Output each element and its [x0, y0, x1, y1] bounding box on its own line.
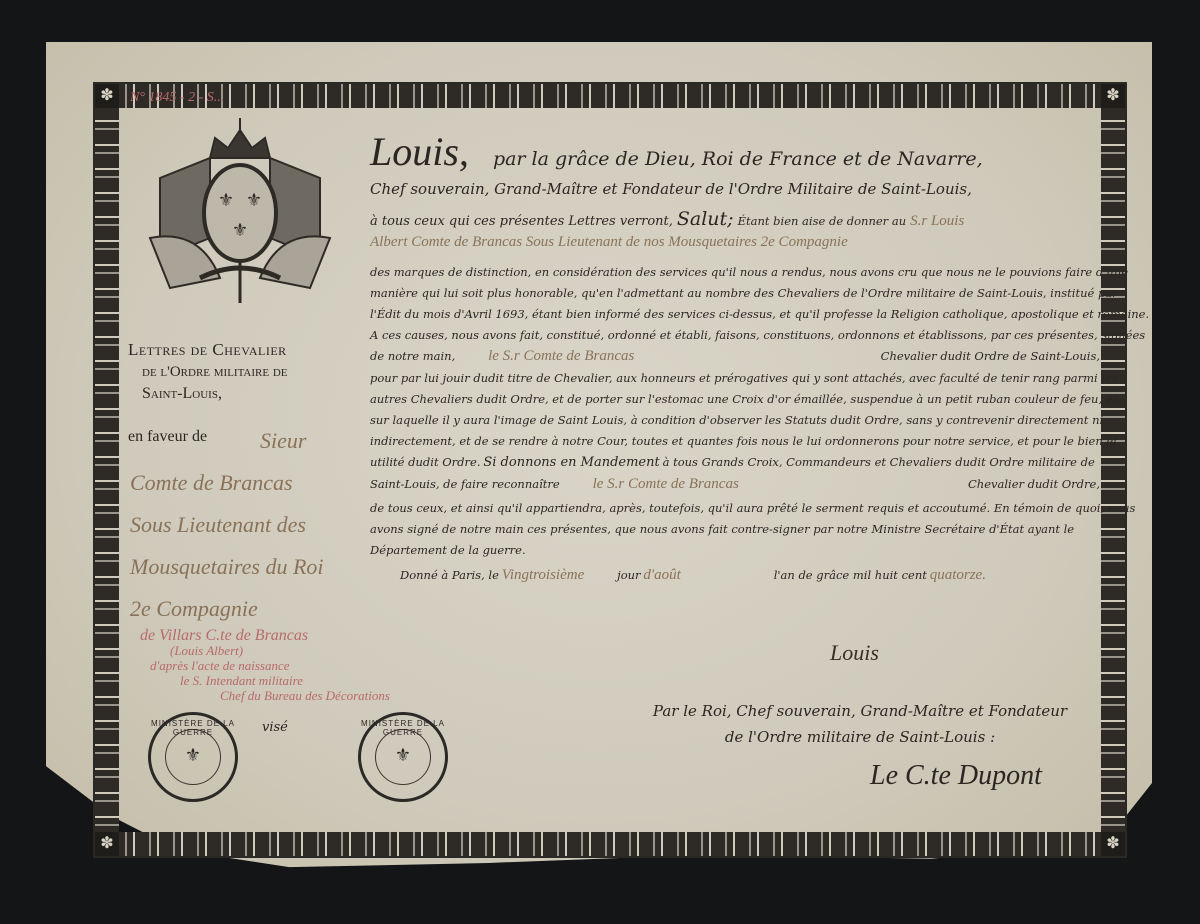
body-line: Saint-Louis, de faire reconnaître [370, 477, 560, 491]
title-line-3: Saint-Louis, [142, 385, 368, 403]
body-line: Donné à Paris, le [400, 568, 499, 582]
beneficiary-line: 2e Compagnie [130, 588, 370, 630]
body-line: A ces causes, nous avons fait, constitué… [370, 325, 1100, 346]
border-top [95, 84, 1125, 108]
body-line: Chef souverain, Grand-Maître et Fondateu… [370, 180, 1100, 208]
border-bottom [95, 832, 1125, 856]
body-line: par la grâce de Dieu, Roi de France et d… [493, 148, 983, 170]
body-line: sur laquelle il y aura l'image de Saint … [370, 410, 1100, 431]
salut: Salut; [677, 208, 734, 230]
body-line: indirectement, et de se rendre à notre C… [370, 431, 1100, 452]
svg-text:⚜: ⚜ [218, 190, 234, 211]
king-name: Louis, [370, 129, 469, 174]
annotation-line: le S. Intendant militaire [180, 673, 400, 688]
body-line: à tous Grands Croix, Commandeurs et Chev… [663, 455, 1095, 469]
body-line: Chevalier dudit Ordre, [968, 474, 1100, 495]
body-line: Si donnons en Mandement [483, 455, 659, 470]
document-title: Lettres de Chevalier de l'Ordre militair… [128, 340, 368, 403]
beneficiary-line: Sous Lieutenant des [130, 504, 370, 546]
seal-text: MINISTÈRE DE LA GUERRE [151, 719, 235, 737]
letter-body: Louis, par la grâce de Dieu, Roi de Fran… [370, 128, 1100, 591]
fleur-de-lis-icon: ⚜ [151, 745, 235, 766]
body-line: jour [617, 568, 640, 582]
body-line: autres Chevaliers dudit Ordre, et de por… [370, 389, 1100, 410]
handwritten-fill: le S.r Comte de Brancas [593, 476, 739, 492]
handwritten-fill: quatorze. [930, 567, 986, 583]
body-line: Chevalier dudit Ordre de Saint-Louis, [881, 346, 1100, 367]
handwritten-fill: d'août [643, 567, 680, 583]
handwritten-fill: S.r Louis [910, 213, 964, 229]
beneficiary-line: Sieur [260, 420, 370, 462]
corner-ornament-icon: ✽ [95, 832, 119, 856]
body-line: pour par lui jouir dudit titre de Cheval… [370, 368, 1100, 389]
beneficiary-line: Comte de Brancas [130, 462, 370, 504]
visa-mark: visé [262, 720, 288, 735]
annotation-line: de Villars C.te de Brancas [140, 628, 400, 643]
ministry-seal-stamp: MINISTÈRE DE LA GUERRE ⚜ [358, 712, 448, 802]
body-line: Département de la guerre. [370, 540, 1100, 561]
fleur-de-lis-icon: ⚜ [361, 745, 445, 766]
minister-signature: Le C.te Dupont [870, 760, 1042, 792]
corner-ornament-icon: ✽ [1101, 84, 1125, 108]
corner-ornament-icon: ✽ [1101, 832, 1125, 856]
body-line: de tous ceux, et ainsi qu'il appartiendr… [370, 498, 1100, 519]
body-line: l'Édit du mois d'Avril 1693, étant bien … [370, 304, 1100, 325]
corner-ornament-icon: ✽ [95, 84, 119, 108]
handwritten-fill: le S.r Comte de Brancas [488, 348, 634, 364]
annotation-line: (Louis Albert) [170, 643, 400, 658]
border-right [1101, 84, 1125, 856]
body-line: utilité dudit Ordre. [370, 455, 480, 469]
beneficiary-block: Sieur Comte de Brancas Sous Lieutenant d… [130, 420, 370, 630]
countersign-line: de l'Ordre militaire de Saint-Louis : [650, 724, 1070, 750]
handwritten-fill: Albert Comte de Brancas Sous Lieutenant … [370, 234, 1100, 262]
body-line: manière qui lui soit plus honorable, qu'… [370, 283, 1100, 304]
red-ink-annotation: de Villars C.te de Brancas (Louis Albert… [140, 628, 400, 703]
svg-text:⚜: ⚜ [246, 190, 262, 211]
beneficiary-line: Mousquetaires du Roi [130, 546, 370, 588]
handwritten-fill: Vingtroisième [502, 567, 585, 583]
body-line: des marques de distinction, en considéra… [370, 262, 1100, 283]
border-left [95, 84, 119, 856]
title-line-2: de l'Ordre militaire de [142, 364, 368, 381]
ministry-seal-stamp: MINISTÈRE DE LA GUERRE ⚜ [148, 712, 238, 802]
body-line: avons signé de notre main ces présentes,… [370, 519, 1100, 540]
countersign-line: Par le Roi, Chef souverain, Grand-Maître… [650, 698, 1070, 724]
seal-text: MINISTÈRE DE LA GUERRE [361, 719, 445, 737]
king-signature: Louis [830, 640, 879, 666]
reference-number: N° 1845 - 2 - S... [130, 90, 224, 106]
svg-text:⚜: ⚜ [232, 220, 248, 241]
royal-crest-icon: ⚜⚜⚜ [140, 118, 340, 308]
body-line: l'an de grâce mil huit cent [774, 568, 927, 582]
title-line-1: Lettres de Chevalier [128, 340, 368, 360]
body-line: de notre main, [370, 349, 455, 363]
annotation-line: d'après l'acte de naissance [150, 658, 400, 673]
body-line: à tous ceux qui ces présentes Lettres ve… [370, 214, 673, 229]
countersign-block: Par le Roi, Chef souverain, Grand-Maître… [650, 698, 1070, 750]
body-line: Étant bien aise de donner au [738, 214, 907, 228]
annotation-line: Chef du Bureau des Décorations [220, 688, 400, 703]
